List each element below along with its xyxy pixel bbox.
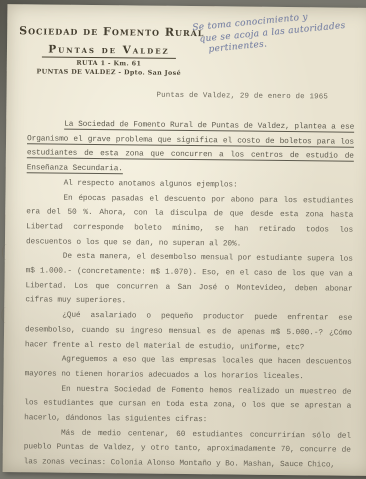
dateline: Puntas de Valdez, 29 de enero de 1965 [156, 92, 328, 102]
document-paper: Sociedad de Fomento Rural Puntas de Vald… [3, 4, 366, 476]
body-paragraph: Agreguemos a eso que las empresas locale… [25, 353, 352, 386]
body-paragraph: De esta manera, el desembolso mensual po… [25, 250, 353, 312]
body-paragraph: Más de medio centenar, 60 estudiantes co… [24, 426, 351, 474]
letterhead: Sociedad de Fomento Rural Puntas de Vald… [19, 24, 200, 78]
letter-body: La Sociedad de Fomento Rural de Puntas d… [24, 117, 355, 473]
letterhead-address-line2: PUNTAS DE VALDEZ - Dpto. San José [19, 68, 199, 78]
body-paragraph: En nuestra Sociedad de Fomento hemos rea… [24, 382, 351, 430]
scan-artifact-mark [1, 307, 11, 323]
handwritten-annotation: Se toma conocimiento y que se acoja a la… [192, 7, 366, 58]
organization-name-line2: Puntas de Valdez [42, 43, 176, 58]
scan-artifact-mark [2, 244, 12, 260]
body-paragraph: La Sociedad de Fomento Rural de Puntas d… [27, 117, 355, 179]
body-paragraph: ¿Qué asalariado o pequeño productor pued… [25, 308, 352, 356]
body-paragraph: En épocas pasadas el descuento por abono… [26, 191, 354, 253]
